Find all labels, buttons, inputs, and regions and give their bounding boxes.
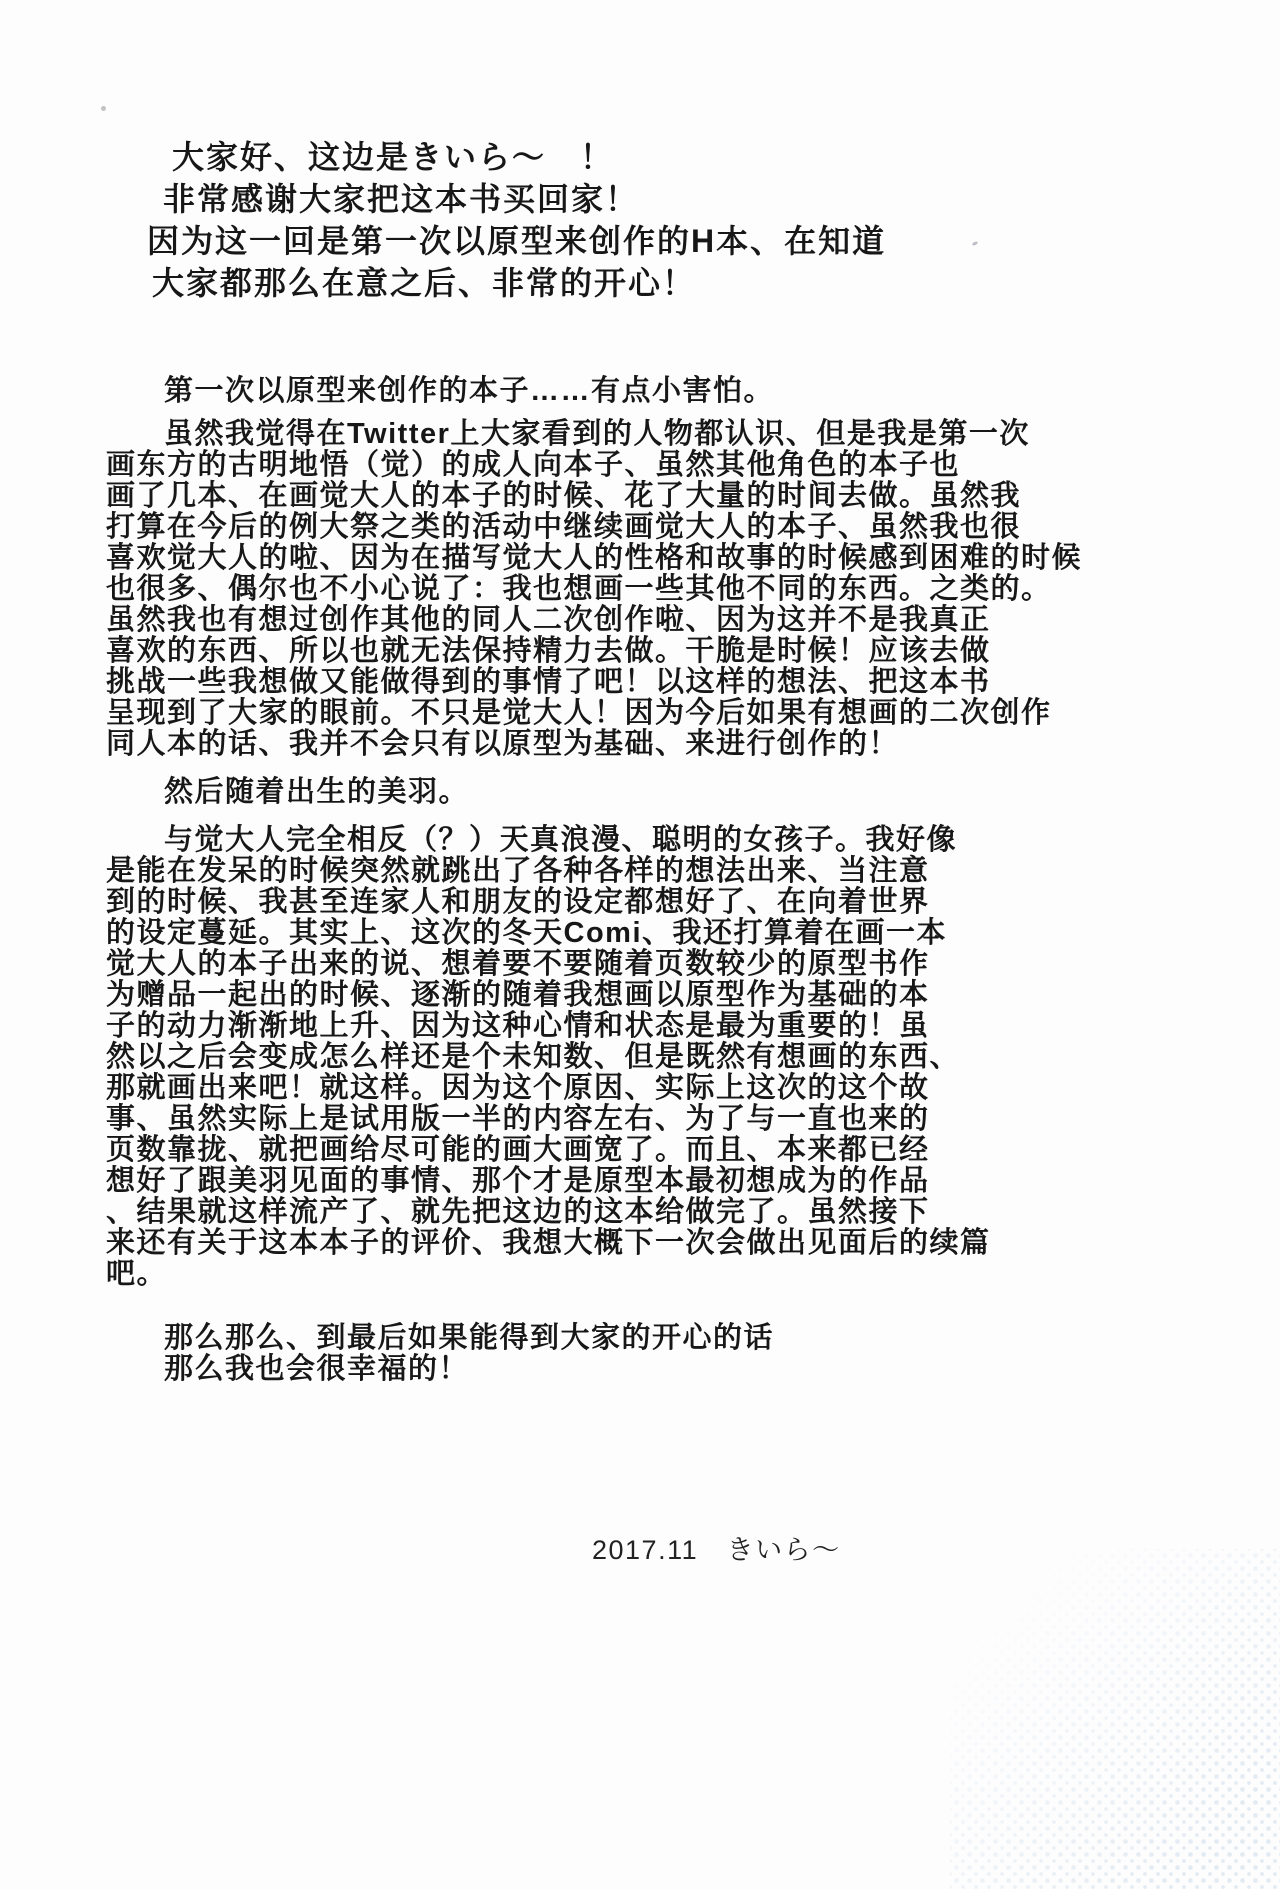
text-line: 那么那么、到最后如果能得到大家的开心的话 xyxy=(106,1323,1082,1354)
text-line: 打算在今后的例大祭之类的活动中继续画觉大人的本子、虽然我也很 xyxy=(106,512,1082,543)
text-line: 然以之后会变成怎么样还是个未知数、但是既然有想画的东西、 xyxy=(106,1042,1082,1073)
paragraph: 第一次以原型来创作的本子……有点小害怕。 xyxy=(106,376,1082,407)
text-line: 第一次以原型来创作的本子……有点小害怕。 xyxy=(106,376,1082,407)
text-line: 是能在发呆的时候突然就跳出了各种各样的想法出来、当注意 xyxy=(106,856,1082,887)
text-line: 因为这一回是第一次以原型来创作的H本、在知道 xyxy=(147,220,886,262)
text-line: 事、虽然实际上是试用版一半的内容左右、为了与一直也来的 xyxy=(106,1104,1082,1135)
paragraph: 然后随着出生的美羽。 xyxy=(106,777,1082,808)
text-line: 同人本的话、我并不会只有以原型为基础、来进行创作的！ xyxy=(106,729,1082,760)
text-line: 的设定蔓延。其实上、这次的冬天Comi、我还打算着在画一本 xyxy=(106,918,1082,949)
scanned-afterword-page: 大家好、这边是きいら～ ！非常感谢大家把这本书买回家！因为这一回是第一次以原型来… xyxy=(0,0,1280,1889)
text-line: 画东方的古明地悟（觉）的成人向本子、虽然其他角色的本子也 xyxy=(106,450,1082,481)
text-line: 为赠品一起出的时候、逐渐的随着我想画以原型作为基础的本 xyxy=(106,980,1082,1011)
text-line: 到的时候、我甚至连家人和朋友的设定都想好了、在向着世界 xyxy=(106,887,1082,918)
scan-speck xyxy=(101,106,106,111)
text-line: 大家都那么在意之后、非常的开心！ xyxy=(147,262,886,304)
text-line: 来还有关于这本本子的评价、我想大概下一次会做出见面后的续篇 xyxy=(106,1228,1082,1259)
paragraph: 虽然我觉得在Twitter上大家看到的人物都认识、但是我是第一次画东方的古明地悟… xyxy=(106,419,1082,760)
text-line: 也很多、偶尔也不小心说了：我也想画一些其他不同的东西。之类的。 xyxy=(106,574,1082,605)
text-line: 喜欢的东西、所以也就无法保持精力去做。干脆是时候！应该去做 xyxy=(106,636,1082,667)
text-line: 与觉大人完全相反（？）天真浪漫、聪明的女孩子。我好像 xyxy=(106,825,1082,856)
text-line: 那就画出来吧！就这样。因为这个原因、实际上这次的这个故 xyxy=(106,1073,1082,1104)
text-line: 那么我也会很幸福的！ xyxy=(106,1354,1082,1385)
text-line: 然后随着出生的美羽。 xyxy=(106,777,1082,808)
halftone-scan-texture xyxy=(950,1549,1280,1889)
text-line: 虽然我觉得在Twitter上大家看到的人物都认识、但是我是第一次 xyxy=(106,419,1082,450)
text-line: 非常感谢大家把这本书买回家！ xyxy=(147,178,886,220)
text-line: 觉大人的本子出来的说、想着要不要随着页数较少的原型书作 xyxy=(106,949,1082,980)
afterword-greeting: 大家好、这边是きいら～ ！非常感谢大家把这本书买回家！因为这一回是第一次以原型来… xyxy=(147,136,886,304)
text-line: 挑战一些我想做又能做得到的事情了吧！以这样的想法、把这本书 xyxy=(106,667,1082,698)
text-line: 、结果就这样流产了、就先把这边的这本给做完了。虽然接下 xyxy=(106,1197,1082,1228)
text-line: 子的动力渐渐地上升、因为这种心情和状态是最为重要的！虽 xyxy=(106,1011,1082,1042)
text-line: 想好了跟美羽见面的事情、那个才是原型本最初想成为的作品 xyxy=(106,1166,1082,1197)
afterword-body: 第一次以原型来创作的本子……有点小害怕。虽然我觉得在Twitter上大家看到的人… xyxy=(106,376,1082,1385)
text-line: 吧。 xyxy=(106,1259,1082,1290)
paragraph: 与觉大人完全相反（？）天真浪漫、聪明的女孩子。我好像是能在发呆的时候突然就跳出了… xyxy=(106,825,1082,1290)
text-line: 喜欢觉大人的啦、因为在描写觉大人的性格和故事的时候感到困难的时候 xyxy=(106,543,1082,574)
text-line: 页数靠拢、就把画给尽可能的画大画宽了。而且、本来都已经 xyxy=(106,1135,1082,1166)
scan-speck xyxy=(972,241,979,246)
text-line: 呈现到了大家的眼前。不只是觉大人！因为今后如果有想画的二次创作 xyxy=(106,698,1082,729)
text-line: 虽然我也有想过创作其他的同人二次创作啦、因为这并不是我真正 xyxy=(106,605,1082,636)
signature-date: 2017.11 きいら～ xyxy=(592,1528,841,1567)
text-line: 大家好、这边是きいら～ ！ xyxy=(147,136,886,178)
paragraph: 那么那么、到最后如果能得到大家的开心的话那么我也会很幸福的！ xyxy=(106,1323,1082,1385)
text-line: 画了几本、在画觉大人的本子的时候、花了大量的时间去做。虽然我 xyxy=(106,481,1082,512)
